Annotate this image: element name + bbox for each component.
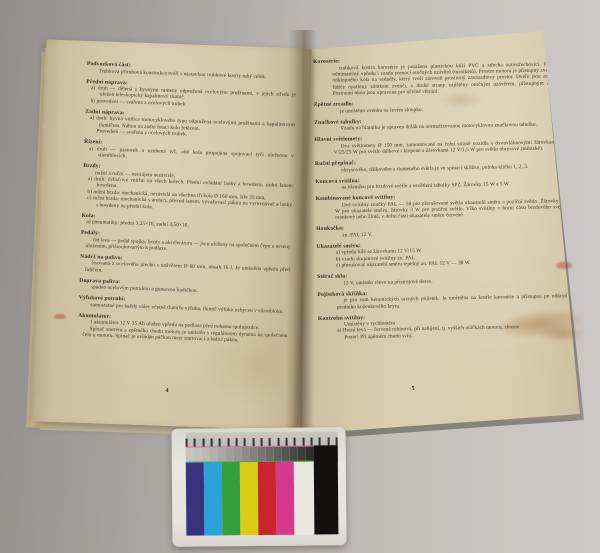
manual-section: Ukazatelé směru:a) vpředu bílé se žárovk…: [317, 239, 567, 270]
book-gutter-shadow: [285, 30, 317, 434]
manual-section: Značkové tabulky:Vzadu na blatníku je up…: [314, 115, 564, 133]
photo-scene: Karosérie:trubková kostra karosérie je p…: [0, 0, 600, 553]
tick-mark: [294, 438, 296, 446]
tick-mark: [227, 438, 229, 446]
manual-section: Pedály:Od leva — pedál spojky, brzdy a a…: [80, 230, 291, 257]
tick-mark: [244, 438, 246, 446]
tick-mark: [194, 439, 196, 447]
manual-section: Ruční přepínač:obrysového, dálkového a t…: [315, 156, 565, 174]
manual-section: Zpětné zrcadlo:je umístěno zvenku na lev…: [314, 97, 564, 115]
black-patch: [314, 445, 339, 534]
section-paragraph: trubková kostra karosérie je potažena pl…: [332, 61, 564, 97]
tick-mark: [261, 438, 263, 446]
manual-section: Zadní náprava:a) druh: kyvná vidlice mot…: [84, 109, 295, 142]
tick-mark: [310, 438, 312, 446]
tick-mark: [335, 437, 337, 445]
right-page-text: Karosérie:trubková kostra karosérie je p…: [313, 54, 568, 346]
tick-mark: [202, 438, 204, 446]
section-paragraph: Dvě svítilny značky PAL — 58 pro přerušo…: [335, 198, 566, 222]
white-color-bar: [294, 462, 315, 535]
right-page: Karosérie:trubková kostra karosérie je p…: [296, 26, 586, 440]
manual-section: Akumulátor:1 akumulátor 12 V 35 Ah ulože…: [77, 313, 288, 346]
tick-mark: [219, 438, 221, 446]
cyan-color-bar: [204, 462, 223, 535]
manual-section: Hlavní světlomety:Dva světlomety Ø 150 m…: [314, 132, 564, 156]
manual-section: Stěrač skla:12 V, umístěn vlevo na příst…: [317, 269, 567, 287]
manual-section: Brzdy:nožní a ruční — navzájem nezávislé…: [82, 163, 293, 215]
left-page: Podvozková část:Trubková přírubová konst…: [33, 39, 311, 430]
red-color-bar: [258, 462, 277, 535]
tick-mark: [302, 438, 304, 446]
manual-section: Podvozková část:Trubková přírubová konst…: [87, 61, 297, 81]
manual-section: Přední náprava:a) druh — dělená s kyvným…: [86, 78, 297, 111]
manual-section: Karosérie:trubková kostra karosérie je p…: [313, 54, 564, 97]
manual-section: Pojistková skříňka:je pro osm keramickýc…: [317, 287, 567, 311]
tick-mark: [211, 438, 213, 446]
magenta-color-bar: [276, 462, 295, 535]
manual-section: Výfukové potrubí:samostatné pro každý vá…: [78, 295, 288, 315]
tick-mark: [236, 438, 238, 446]
manual-section: Kontrolní svítilny:Umístěny v rychloměru…: [318, 311, 568, 342]
left-page-text: Podvozková část:Trubková přírubová konst…: [77, 61, 297, 350]
color-bars: [186, 462, 315, 536]
tick-mark: [277, 438, 279, 446]
tick-mark: [186, 439, 188, 447]
tick-mark: [327, 437, 329, 445]
tick-mark: [286, 438, 288, 446]
color-calibration-card: [171, 427, 346, 547]
manual-section: Kombinované koncové svítilny:Dvě svítiln…: [316, 191, 566, 222]
tick-mark: [269, 438, 271, 446]
manual-section: Koncová svítilna:na blatníku pro brzdové…: [315, 174, 565, 192]
yellow-color-bar: [240, 462, 259, 535]
manual-section: Nádrž na palivo:lisovaná z ocelového ple…: [80, 254, 291, 281]
tick-mark: [319, 437, 321, 445]
right-page-number: 5: [313, 386, 513, 392]
blue-color-bar: [186, 462, 205, 535]
manual-section: Houkačka:zn. PAL 12 V.: [316, 222, 566, 240]
manual-section: Kola:a) pneumatiky: přední 3,25×16, zadn…: [81, 212, 291, 232]
green-color-bar: [222, 462, 241, 535]
left-page-number: 4: [35, 383, 300, 398]
tick-mark: [252, 438, 254, 446]
manual-section: Doprava paliva:spáden ocelovým potrubím …: [79, 278, 289, 298]
manual-section: Řízení:a) druh — pastorek a ozubená tyč,…: [84, 139, 295, 166]
